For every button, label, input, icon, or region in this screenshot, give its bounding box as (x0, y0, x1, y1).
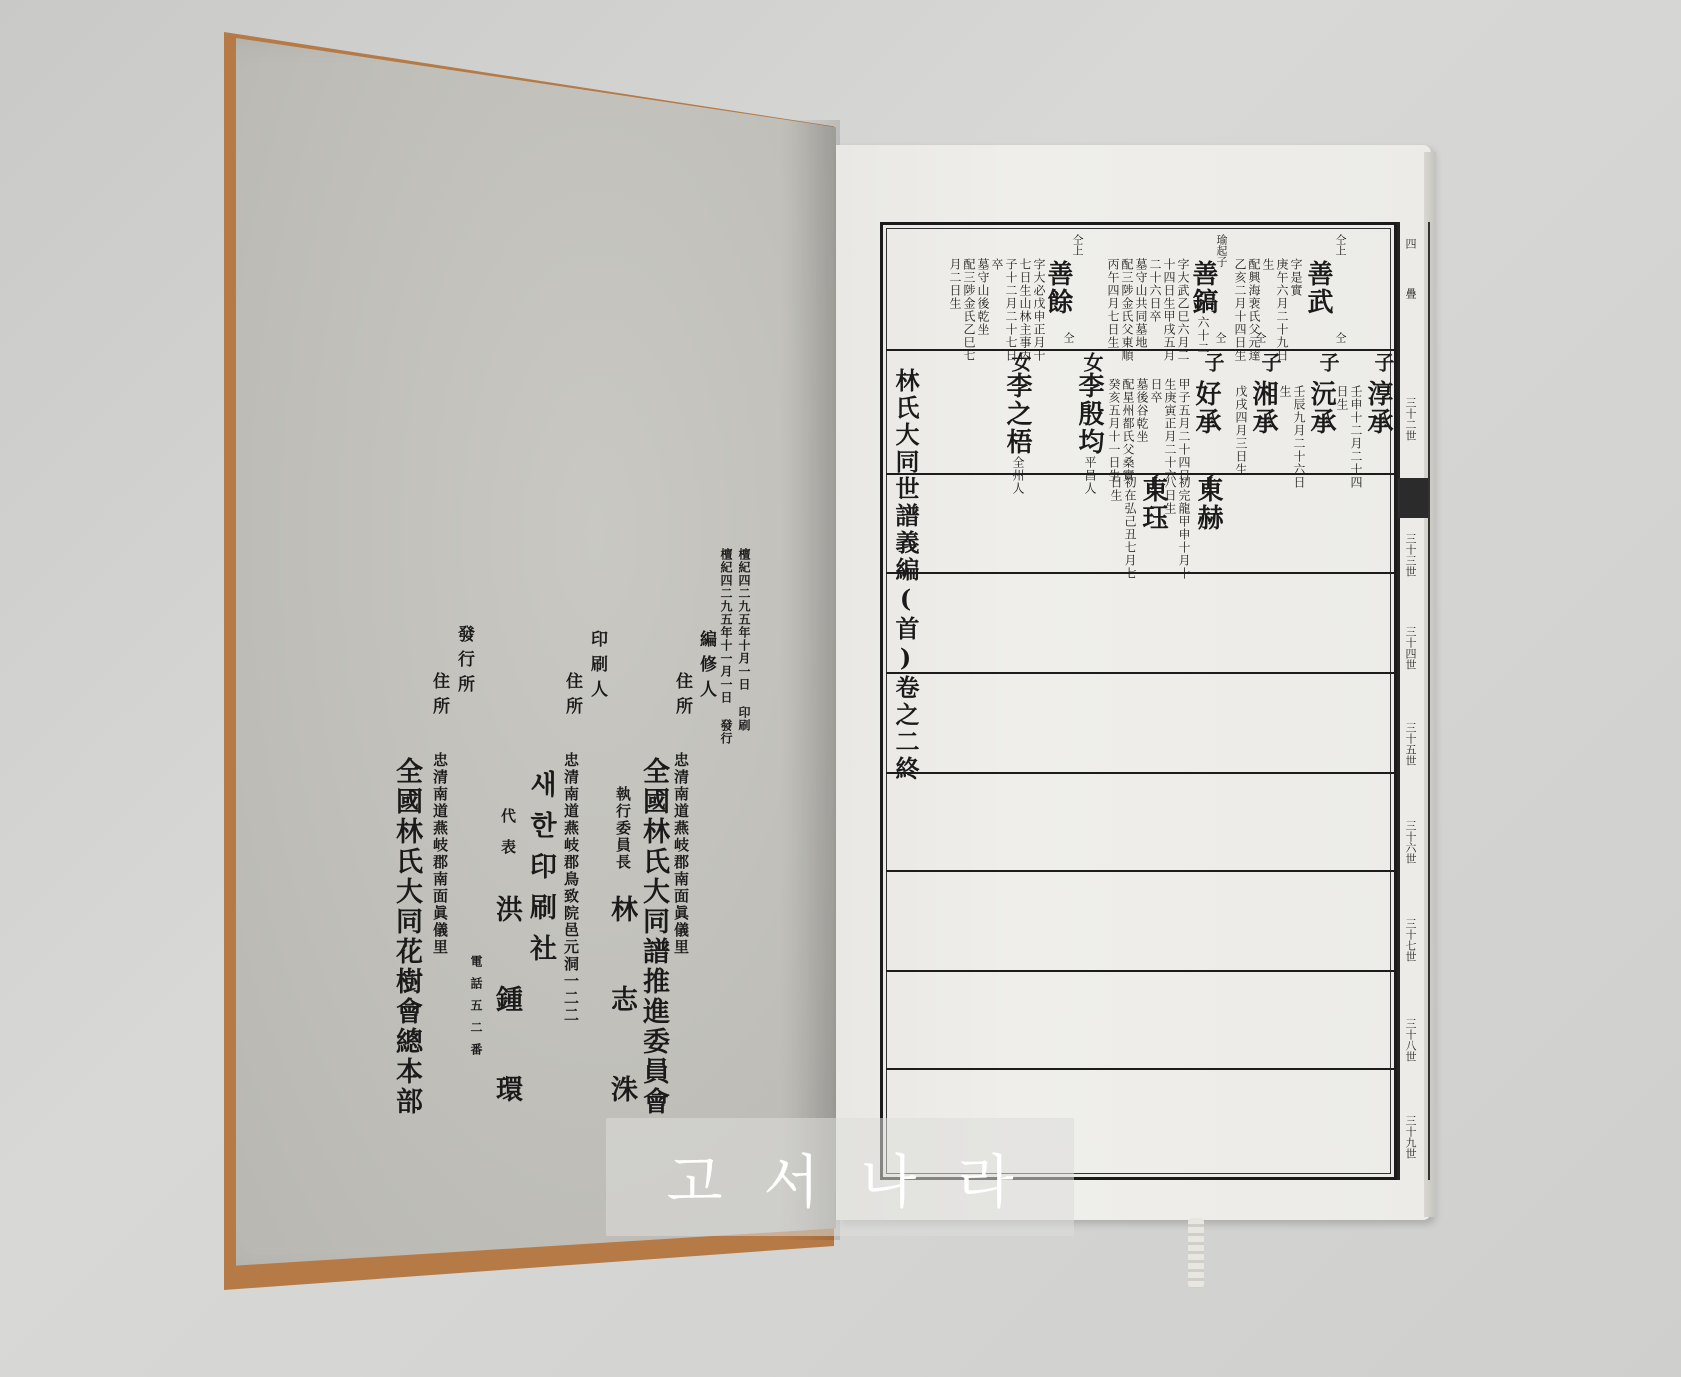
person-name: 淳承 (1365, 380, 1391, 436)
entry-note: 壬辰九月二十六日 (1293, 385, 1305, 489)
relation-prefix: 女 (1010, 352, 1030, 372)
row-divider (886, 970, 1397, 972)
row-marker: 仝 (1215, 332, 1226, 343)
watermark-char: 서 (763, 1135, 819, 1219)
row-marker: 仝 (1255, 332, 1266, 343)
page-edge (1424, 152, 1436, 1217)
relation-prefix: 女 (1082, 352, 1102, 372)
editor-address: 忠清南道燕岐郡南面眞儀里 (673, 752, 688, 956)
printer-company: 새한印刷社 (527, 770, 554, 975)
relation-prefix: 子 (1142, 472, 1160, 490)
gutter-shadow (780, 120, 840, 1240)
margin-section-label: 疊 (1405, 288, 1416, 299)
volume-end-title: 林氏大同世譜義編(首)卷之二終 (893, 368, 917, 783)
entry-note: 七日生山林主事丙 (1019, 258, 1031, 362)
row-divider (886, 572, 1397, 574)
publisher-label: 發行所 (455, 625, 472, 700)
entry-note: 戊戌四月三日生 (1235, 385, 1247, 476)
person-name: 善武 (1305, 260, 1331, 316)
fishtail-mark (1398, 478, 1428, 518)
entry-note: 乙亥二月十四日生 (1234, 258, 1246, 362)
generation-33: 三十三世 (1405, 533, 1416, 577)
generation-38: 三十八世 (1405, 1018, 1416, 1062)
print-date: 檀紀四二九五年十月一日 印刷 (738, 548, 750, 732)
entry-note: 生 (1279, 385, 1291, 398)
entry-note: 日生 (1110, 476, 1122, 502)
margin-page-label: 四 (1405, 238, 1416, 249)
margin-rule (1397, 222, 1400, 1180)
entry-note: 字大武乙巳六月二 (1177, 258, 1189, 362)
entry-note: 生庚寅正月二十六 (1164, 378, 1176, 482)
entry-note: 墓守山後乾坐 (977, 258, 989, 336)
person-name: 李之梧 (1004, 372, 1030, 456)
publisher-address: 忠清南道燕岐郡南面眞儀里 (432, 752, 447, 956)
relation-prefix: 子 (1373, 352, 1393, 372)
person-name: 湘承 (1250, 380, 1276, 436)
entry-note: 甲子五月二十四日 (1178, 378, 1190, 482)
editor-label: 編修人 (697, 630, 714, 705)
entry-note: 壬申十二月二十四 (1350, 385, 1362, 489)
row-divider (886, 870, 1397, 872)
person-name: 善餘 (1045, 260, 1071, 316)
printer-representative: 洪 鍾 環 (493, 895, 520, 1118)
relation-prefix: 子 (1318, 352, 1338, 372)
entry-note: 日卒 (1150, 378, 1162, 404)
row-divider (886, 772, 1397, 774)
entry-note: 日生 (1336, 385, 1348, 411)
entry-note: 庚午六月二十九日 (1276, 258, 1288, 362)
entry-note: 配星州都氏父桑實 (1122, 378, 1134, 482)
entry-marker: 仝上 (1335, 234, 1346, 256)
watermark-char: 고 (666, 1135, 722, 1219)
entry-note: 墓守山共同墓地 (1135, 258, 1147, 349)
entry-note: 初完龍甲申十月十 (1178, 476, 1190, 580)
printer-address-label: 住所 (563, 672, 580, 722)
printer-rep-label: 代表 (500, 808, 515, 870)
row-marker: 仝 (1063, 332, 1074, 343)
printer-address: 忠清南道燕岐郡鳥致院邑元洞一二二 (563, 752, 578, 1024)
entry-note: 生 (1262, 258, 1274, 271)
relation-prefix: 子 (1260, 352, 1280, 372)
entry-note: 月二日生 (949, 258, 961, 310)
watermark-char: 나 (860, 1135, 916, 1219)
entry-note: 二十六日卒 (1149, 258, 1161, 323)
printer-phone: 電話五二番 (470, 955, 482, 1065)
person-name: 沅承 (1308, 380, 1334, 436)
entry-note: 配三陟金氏父東順 (1121, 258, 1133, 362)
origin-note: 平昌人 (1084, 456, 1096, 495)
editor-organization: 全國林氏大同譜推進委員會 (640, 757, 667, 1117)
origin-note: 全州人 (1012, 456, 1024, 495)
editor-name: 林 志 洙 (608, 895, 635, 1118)
binding-tassel (1188, 1218, 1204, 1288)
person-name: 李殷均 (1076, 372, 1102, 456)
relation-prefix: 子 (1203, 352, 1223, 372)
generation-36: 三十六世 (1405, 820, 1416, 864)
printer-label: 印刷人 (588, 630, 605, 705)
entry-note: 字是實 (1290, 258, 1302, 297)
entry-marker: 仝上 (1072, 234, 1083, 256)
entry-note: 初在弘己丑七月七 (1124, 476, 1136, 580)
entry-note: 十四日生甲戌五月 (1163, 258, 1175, 362)
editor-address-label: 住所 (673, 672, 690, 722)
margin-outer-rule (1428, 222, 1430, 1180)
watermark-char: 라 (957, 1135, 1013, 1219)
entry-note: 墓後谷乾坐 (1136, 378, 1148, 443)
publisher-name: 全國林氏大同花樹會總本部 (393, 757, 420, 1117)
entry-note: 癸亥五月十一日生 (1108, 378, 1120, 482)
row-divider (886, 672, 1397, 674)
person-name: 好承 (1193, 380, 1219, 436)
generation-32: 三十二世 (1405, 397, 1416, 441)
entry-note: 字大必戊申正月十 (1033, 258, 1045, 362)
entry-note: 子十二月二十七日 (1005, 258, 1017, 362)
relation-prefix: 子 (1197, 472, 1215, 490)
row-divider (886, 1068, 1397, 1070)
generation-37: 三十七世 (1405, 918, 1416, 962)
generation-39: 三十九世 (1405, 1115, 1416, 1159)
watermark: 고 서 나 라 (606, 1118, 1074, 1236)
entry-note: 丙午四月七日生 (1107, 258, 1119, 349)
generation-34: 三十四世 (1405, 626, 1416, 670)
generation-35: 三十五世 (1405, 722, 1416, 766)
entry-note: 卒 (991, 258, 1003, 271)
publisher-address-label: 住所 (430, 672, 447, 722)
row-marker: 仝 (1335, 332, 1346, 343)
editor-title: 執行委員長 (615, 786, 630, 871)
entry-note: 配興海裵氏父元達 (1248, 258, 1260, 362)
age-note: 六十二 (1197, 316, 1209, 355)
publish-date: 檀紀四二九五年十一月一日 發行 (720, 548, 732, 745)
entry-note: 配三陟金氏乙巳七 (963, 258, 975, 362)
person-name: 善鎬 (1190, 260, 1216, 316)
